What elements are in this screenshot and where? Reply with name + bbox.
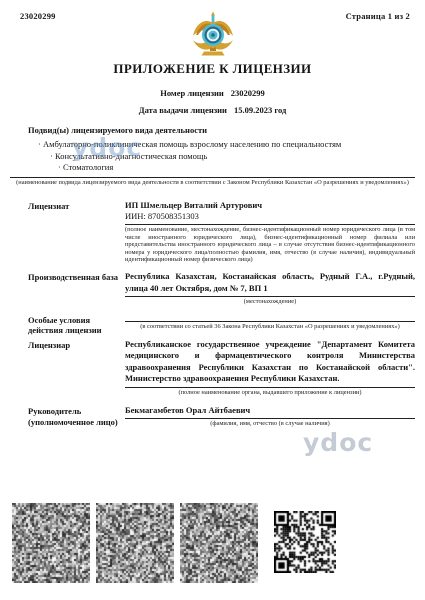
license-appendix-page: 23020299 Страница 1 из 2 ПРИЛОЖЕНИЕ К ЛИ… (0, 0, 425, 600)
production-base-divider (125, 296, 415, 297)
production-base-caption: (местонахождение) (139, 298, 401, 306)
head-row: Руководитель (уполномоченное лицо) Бекма… (28, 405, 415, 428)
licensor-caption: (полное наименование органа, выдавшего п… (139, 389, 401, 397)
licensee-caption: (полное наименование, местонахождение, б… (125, 226, 415, 264)
qr-code (274, 511, 336, 573)
signature-codes-row (12, 503, 336, 583)
licensor-row: Лицензиар Республиканское государственно… (28, 339, 415, 397)
head-label: Руководитель (уполномоченное лицо) (28, 405, 125, 428)
subtypes-heading: Подвид(ы) лицензируемого вида деятельнос… (28, 125, 415, 135)
kazakhstan-emblem-icon (189, 11, 237, 62)
subtypes-divider (10, 177, 415, 178)
document-number: 23020299 (20, 11, 56, 21)
subtypes-list: Амбулаторно-поликлиническая помощь взрос… (0, 139, 415, 174)
special-conditions-row: Особые условия действия лицензии (в соот… (28, 314, 415, 336)
subtypes-caption: (наименование подвида лицензируемого вид… (14, 179, 411, 187)
license-date-label: Дата выдачи лицензии (139, 105, 227, 115)
licensee-row: Лицензиат ИП Шмельцер Виталий Артурович … (28, 200, 415, 264)
subtype-item: Консультативно-диагностическая помощь (0, 151, 415, 163)
page-indicator: Страница 1 из 2 (346, 11, 410, 21)
licensee-iin: ИИН: 870508351303 (125, 211, 415, 222)
licensee-name: ИП Шмельцер Виталий Артурович (125, 200, 415, 211)
licensor-value: Республиканское государственное учрежден… (125, 339, 415, 385)
head-caption: (фамилия, имя, отчество (в случае наличи… (139, 420, 401, 428)
subtype-item: Амбулаторно-поликлиническая помощь взрос… (0, 139, 415, 151)
license-date-row: Дата выдачи лицензии15.09.2023 год (0, 105, 425, 116)
watermark-ydoc: ydoc (303, 428, 373, 457)
special-conditions-caption: (в соответствии со статьей 36 Закона Рес… (139, 323, 401, 331)
licensor-divider (125, 387, 415, 388)
special-conditions-divider (125, 321, 415, 322)
production-base-label: Производственная база (28, 271, 125, 306)
subtype-item: Стоматология (0, 162, 415, 174)
license-number-label: Номер лицензии (160, 88, 224, 98)
special-conditions-label: Особые условия действия лицензии (28, 314, 125, 336)
licensee-label: Лицензиат (28, 200, 125, 264)
document-title: ПРИЛОЖЕНИЕ К ЛИЦЕНЗИИ (0, 61, 425, 77)
license-date-value: 15.09.2023 год (234, 105, 286, 115)
license-number-row: Номер лицензии23020299 (0, 88, 425, 99)
head-name: Бекмагамбетов Орал Айтбаевич (125, 405, 415, 416)
licensee-divider (125, 224, 415, 225)
production-base-value: Республика Казахстан, Костанайская облас… (125, 271, 415, 294)
signature-stamp-block-3 (180, 503, 258, 583)
license-number-value: 23020299 (231, 88, 265, 98)
production-base-row: Производственная база Республика Казахст… (28, 271, 415, 306)
head-divider (125, 418, 415, 419)
signature-stamp-block-2 (96, 503, 174, 583)
licensor-label: Лицензиар (28, 339, 125, 397)
signature-stamp-block-1 (12, 503, 90, 583)
